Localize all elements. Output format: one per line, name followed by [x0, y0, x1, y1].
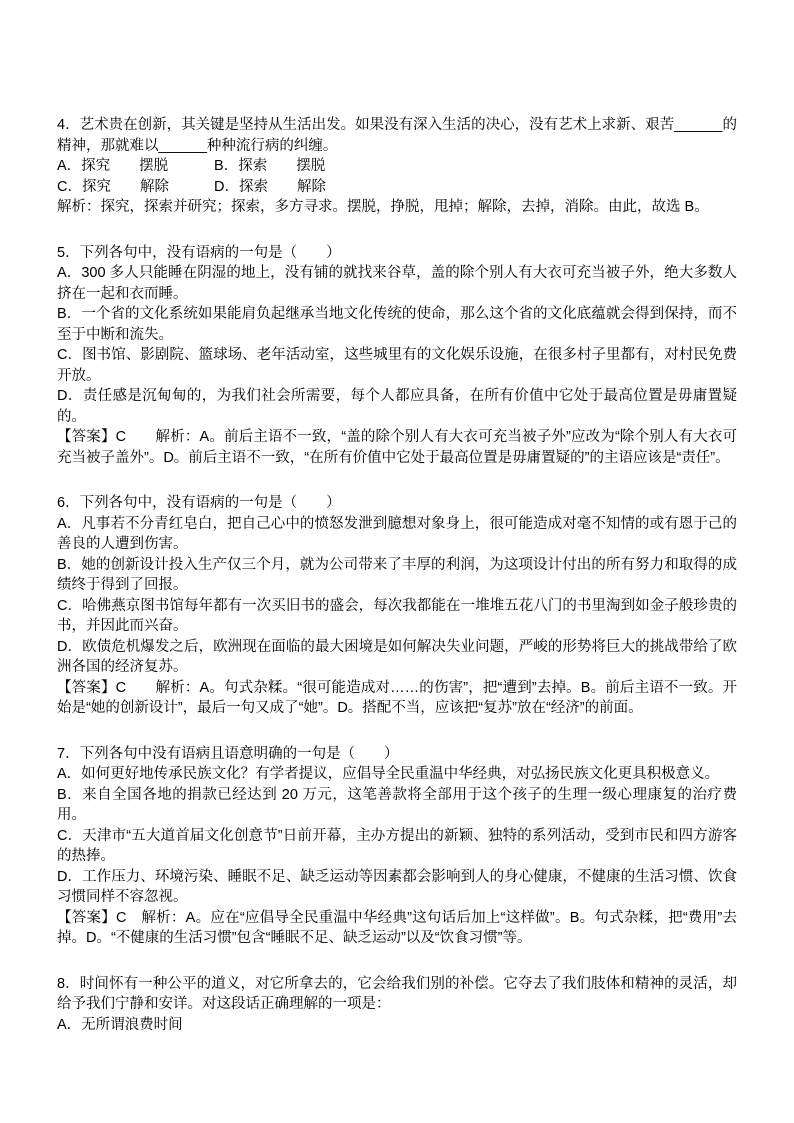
- question-6-stem: 6．下列各句中，没有语病的一句是（ ）: [57, 493, 737, 514]
- question-8-option-a: A．无所谓浪费时间: [57, 1015, 737, 1036]
- question-5-option-d: D．责任感是沉甸甸的，为我们社会所需要，每个人都应具备，在所有价值中它处于最高位…: [57, 386, 737, 427]
- question-4-analysis: 解析：探究，探索并研究；探索，多方寻求。摆脱，挣脱，甩掉；解除，去掉，消除。由此…: [57, 197, 737, 218]
- question-7: 7．下列各句中没有语病且语意明确的一句是（ ） A．如何更好地传承民族文化？有学…: [57, 744, 737, 949]
- question-7-option-c: C．天津市“五大道首届文化创意节”日前开幕，主办方提出的新颖、独特的系列活动，受…: [57, 826, 737, 867]
- question-4-option-row-1: A．探究 摆脱 B．探索 摆脱: [57, 156, 737, 177]
- question-4-option-row-2: C．探究 解除 D．探索 解除: [57, 177, 737, 198]
- question-4-option-d: D．探索 解除: [214, 177, 326, 198]
- question-6: 6．下列各句中，没有语病的一句是（ ） A．凡事若不分青红皂白，把自己心中的愤怒…: [57, 493, 737, 719]
- question-5: 5．下列各句中，没有语病的一句是（ ） A．300 多人只能睡在阴湿的地上，没有…: [57, 243, 737, 469]
- question-5-option-a: A．300 多人只能睡在阴湿的地上，没有铺的就找来谷草，盖的除个别人有大衣可充当…: [57, 263, 737, 304]
- question-6-answer: 【答案】C 解析：A。句式杂糅。“很可能造成对……的伤害”，把“遭到”去掉。B。…: [57, 678, 737, 719]
- question-6-option-d: D．欧债危机爆发之后，欧洲现在面临的最大困境是如何解决失业问题，严峻的形势将巨大…: [57, 637, 737, 678]
- question-8: 8．时间怀有一种公平的道义，对它所拿去的，它会给我们别的补偿。它夺去了我们肢体和…: [57, 974, 737, 1036]
- question-5-stem: 5．下列各句中，没有语病的一句是（ ）: [57, 243, 737, 264]
- question-7-stem: 7．下列各句中没有语病且语意明确的一句是（ ）: [57, 744, 737, 765]
- question-7-option-a: A．如何更好地传承民族文化？有学者提议，应倡导全民重温中华经典，对弘扬民族文化更…: [57, 764, 737, 785]
- question-4-option-c: C．探究 解除: [57, 177, 210, 198]
- question-4-option-a: A．探究 摆脱: [57, 156, 210, 177]
- question-8-stem: 8．时间怀有一种公平的道义，对它所拿去的，它会给我们别的补偿。它夺去了我们肢体和…: [57, 974, 737, 1015]
- question-7-option-d: D．工作压力、环境污染、睡眠不足、缺乏运动等因素都会影响到人的身心健康，不健康的…: [57, 867, 737, 908]
- question-7-answer: 【答案】C 解析：A。应在“应倡导全民重温中华经典”这句话后加上“这样做”。B。…: [57, 908, 737, 949]
- question-4: 4．艺术贵在创新，其关键是坚持从生活出发。如果没有深入生活的决心，没有艺术上求新…: [57, 115, 737, 218]
- question-6-option-b: B．她的创新设计投入生产仅三个月，就为公司带来了丰厚的利润，为这项设计付出的所有…: [57, 555, 737, 596]
- question-7-option-b: B．来自全国各地的捐款已经达到 20 万元，这笔善款将全部用于这个孩子的生理一级…: [57, 785, 737, 826]
- document-page: 4．艺术贵在创新，其关键是坚持从生活出发。如果没有深入生活的决心，没有艺术上求新…: [0, 0, 794, 1123]
- question-4-option-b: B．探索 摆脱: [214, 156, 325, 177]
- question-5-answer: 【答案】C 解析：A。前后主语不一致，“盖的除个别人有大衣可充当被子外”应改为“…: [57, 427, 737, 468]
- question-5-option-b: B．一个省的文化系统如果能肩负起继承当地文化传统的使命，那么这个省的文化底蕴就会…: [57, 304, 737, 345]
- question-6-option-a: A．凡事若不分青红皂白，把自己心中的愤怒发泄到臆想对象身上，很可能造成对毫不知情…: [57, 514, 737, 555]
- question-6-option-c: C．哈佛燕京图书馆每年都有一次买旧书的盛会，每次我都能在一堆堆五花八门的书里淘到…: [57, 596, 737, 637]
- question-5-option-c: C．图书馆、影剧院、篮球场、老年活动室，这些城里有的文化娱乐设施，在很多村子里都…: [57, 345, 737, 386]
- question-4-stem: 4．艺术贵在创新，其关键是坚持从生活出发。如果没有深入生活的决心，没有艺术上求新…: [57, 115, 737, 156]
